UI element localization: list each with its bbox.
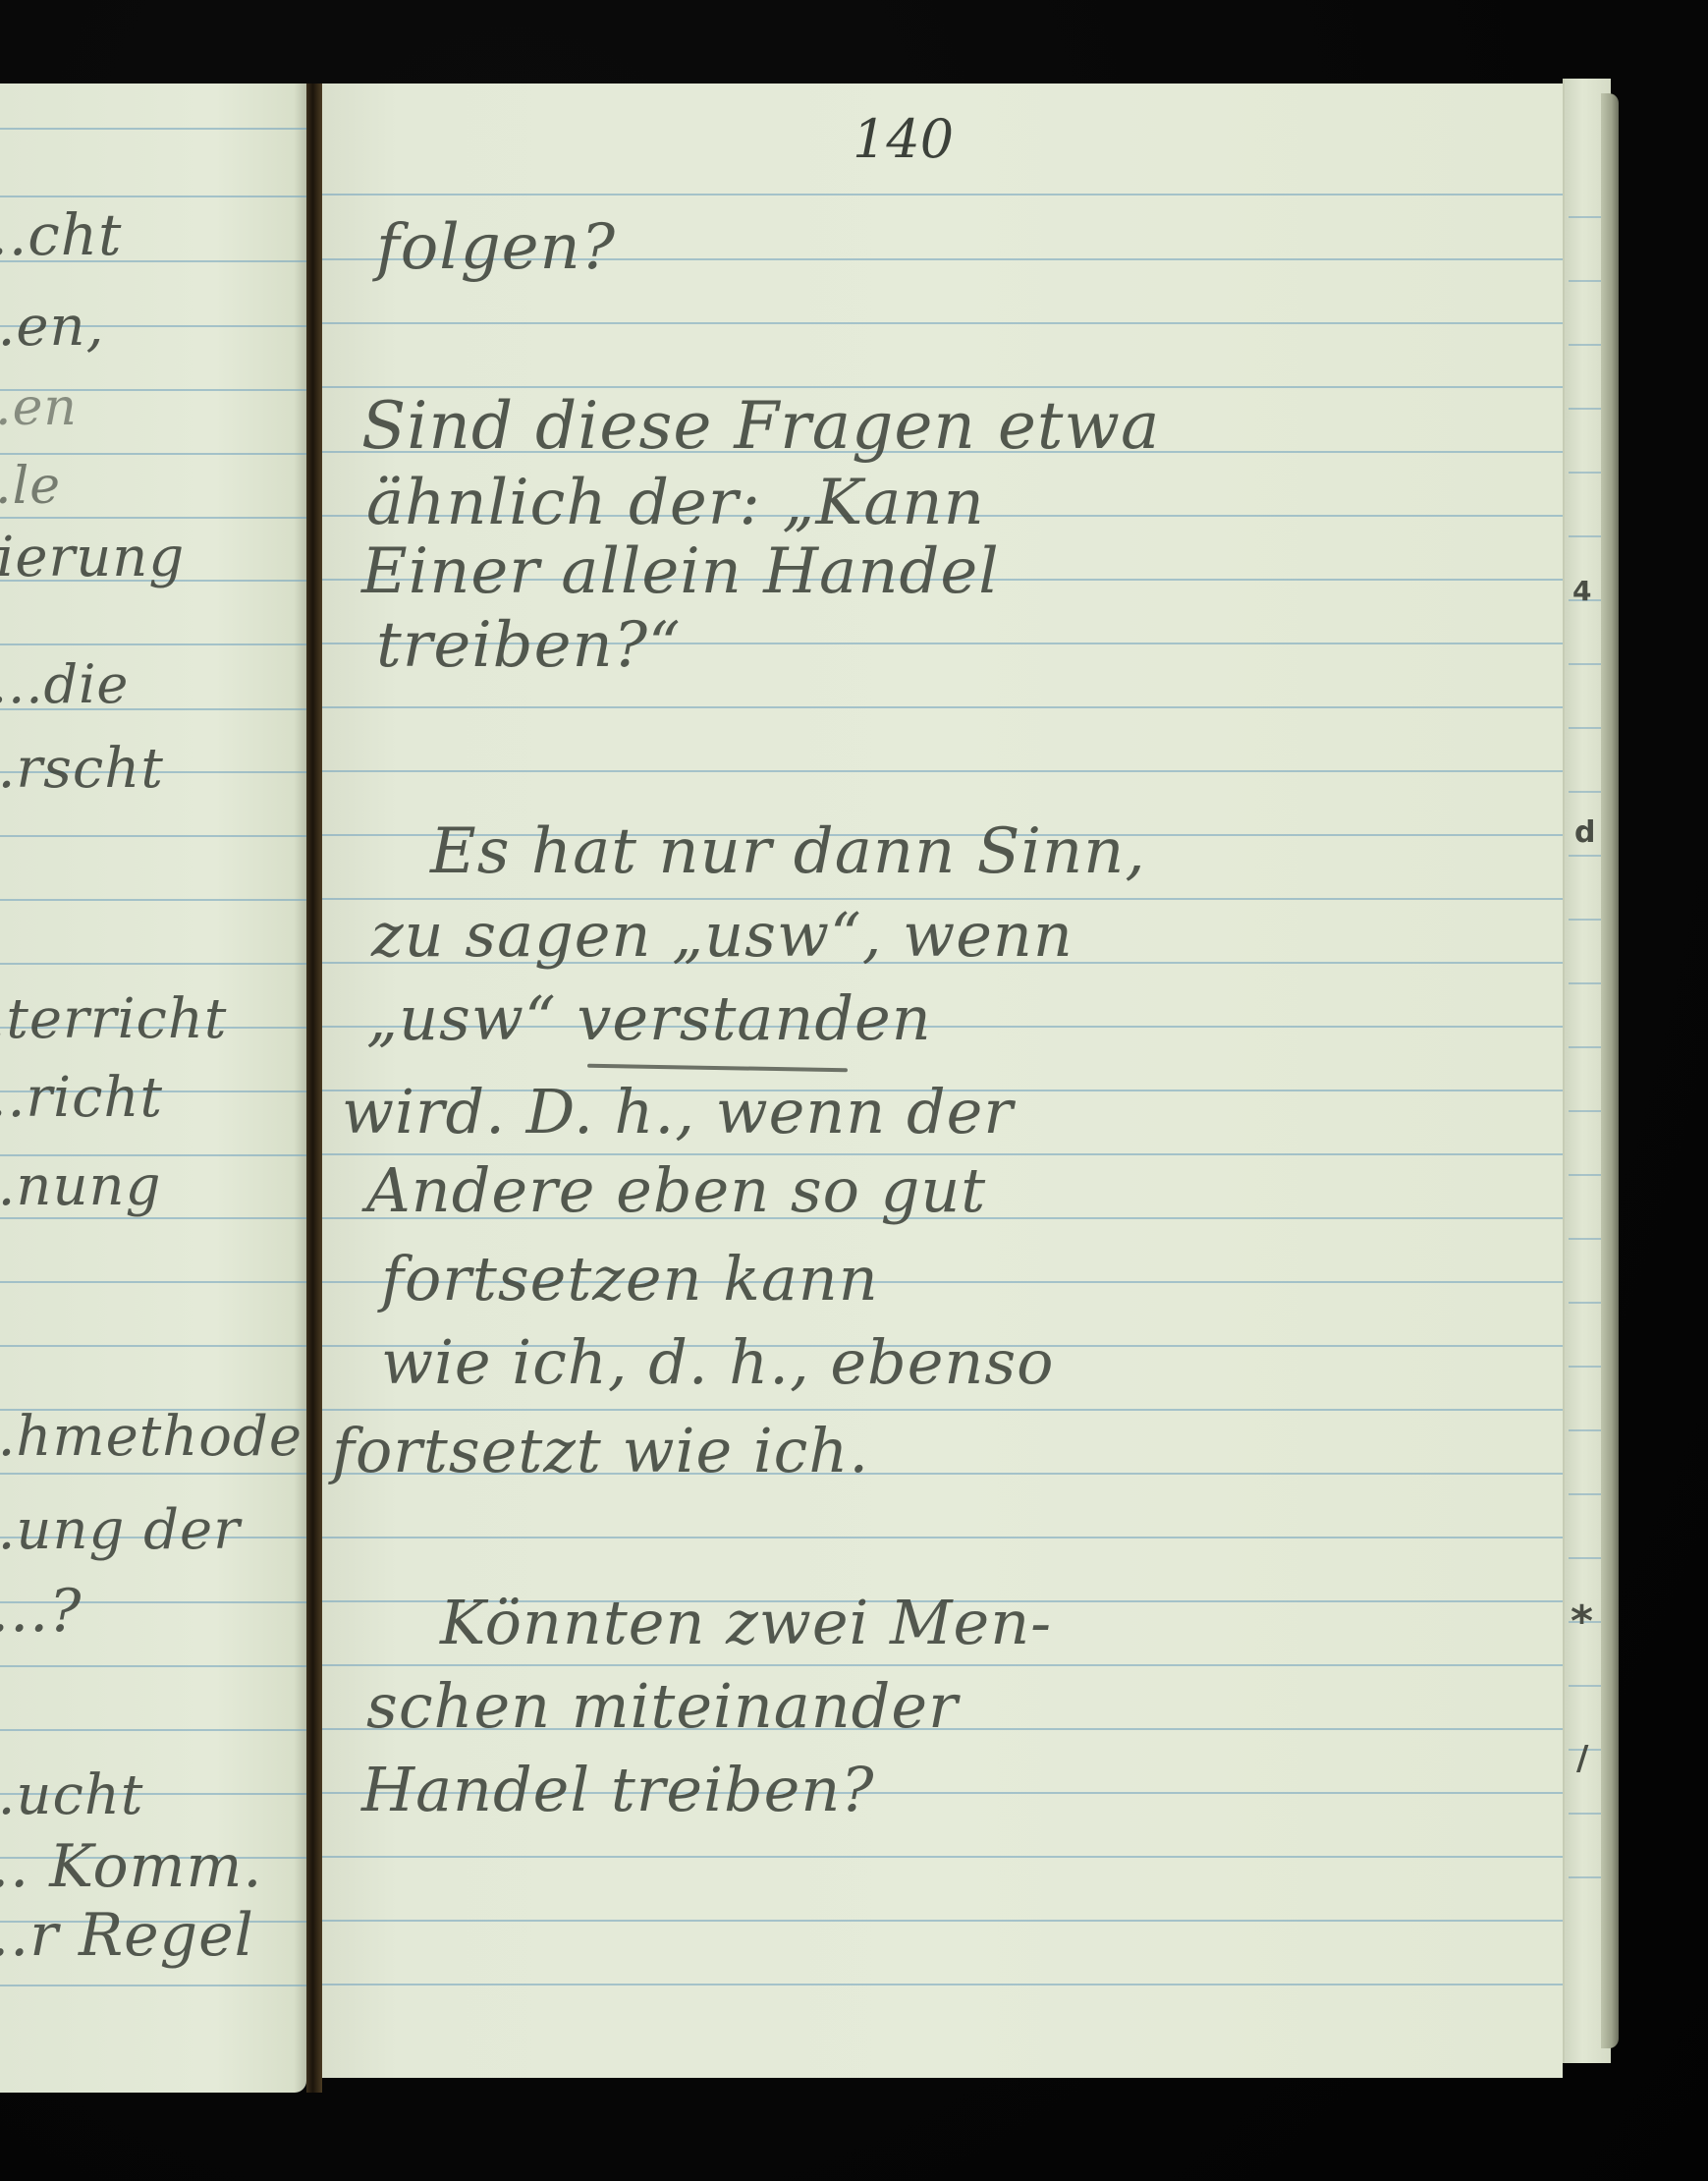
handwriting-line: wie ich, d. h., ebenso <box>381 1326 1055 1398</box>
handwriting-line: Handel treiben? <box>361 1754 875 1825</box>
ruled-line <box>0 1985 306 1986</box>
handwriting-line: fortsetzen kann <box>381 1243 879 1314</box>
margin-mark: 4 <box>1572 575 1591 607</box>
handwriting-line: Könnten zwei Men- <box>440 1587 1052 1658</box>
ruled-line <box>0 899 306 901</box>
handwriting-fragment: ...nung <box>0 1154 161 1218</box>
handwriting-fragment: ...die <box>0 653 129 715</box>
ruled-line <box>0 517 306 519</box>
ruled-line <box>322 1537 1563 1538</box>
ruled-line <box>322 322 1563 324</box>
handwriting-fragment: ...ung der <box>0 1498 241 1562</box>
handwriting-line: Einer allein Handel <box>361 535 1000 608</box>
handwriting-fragment: ...en <box>0 378 78 437</box>
ruled-line <box>322 706 1563 708</box>
underline-verstanden <box>587 1064 848 1073</box>
handwriting-fragment: ...rscht <box>0 737 164 801</box>
handwriting-line: Es hat nur dann Sinn, <box>430 815 1146 888</box>
right-page: 140 folgen? Sind diese Fragen etwa ä <box>322 84 1563 2078</box>
ruled-line <box>0 1473 306 1475</box>
ruled-line <box>0 1345 306 1347</box>
ruled-line <box>322 1856 1563 1858</box>
scanned-notebook-spread: ...cht ...en, ...en ...le ...ierung ...d… <box>0 0 1708 2181</box>
handwriting-line: zu sagen „usw“, wenn <box>371 899 1074 971</box>
ruled-line <box>0 128 306 130</box>
handwriting-fragment: ... Komm. <box>0 1832 263 1901</box>
ruled-line <box>322 1920 1563 1922</box>
ruled-line <box>0 963 306 965</box>
handwriting-line: ähnlich der: „Kann <box>366 467 985 539</box>
ruled-line <box>0 1665 306 1667</box>
ruled-line <box>0 1729 306 1731</box>
handwriting-line: wird. D. h., wenn der <box>342 1076 1014 1147</box>
left-page: ...cht ...en, ...en ...le ...ierung ...d… <box>0 84 306 2093</box>
ruled-line <box>0 196 306 197</box>
handwriting-line: Sind diese Fragen etwa <box>361 388 1160 464</box>
handwriting-fragment: ...ucht <box>0 1763 143 1827</box>
handwriting-fragment: ...r Regel <box>0 1901 254 1970</box>
handwriting-fragment: ...en, <box>0 295 104 359</box>
ruled-line <box>322 1664 1563 1666</box>
handwriting-fragment: ...richt <box>0 1066 163 1130</box>
handwriting-line: schen miteinander <box>366 1670 959 1742</box>
margin-mark: / <box>1576 1739 1588 1778</box>
handwriting-fragment: ...cht <box>0 201 122 268</box>
handwriting-line: treiben?“ <box>376 609 682 682</box>
handwriting-fragment: ...? <box>0 1577 82 1646</box>
handwriting-line: fortsetzt wie ich. <box>332 1415 869 1486</box>
asterisk-mark-icon: * <box>1570 1596 1593 1647</box>
handwriting-line: folgen? <box>376 211 616 284</box>
handwriting-fragment: ...ierung <box>0 526 185 589</box>
page-edge-shadow <box>1601 93 1619 2048</box>
ruled-line <box>322 1984 1563 1985</box>
margin-mark: d <box>1574 815 1595 850</box>
handwriting-fragment: ...hmethode <box>0 1405 303 1469</box>
handwriting-line: Andere eben so gut <box>366 1154 986 1226</box>
ruled-line <box>322 194 1563 196</box>
ruled-line <box>0 643 306 645</box>
page-number: 140 <box>853 108 954 170</box>
ruled-line <box>0 453 306 455</box>
ruled-line <box>322 770 1563 772</box>
notebook-gutter <box>306 84 322 2093</box>
handwriting-line: „usw“ verstanden <box>366 982 932 1054</box>
ruled-line <box>0 835 306 837</box>
ruled-line <box>322 1409 1563 1411</box>
handwriting-fragment: ...le <box>0 457 61 516</box>
ruled-line <box>0 1281 306 1283</box>
handwriting-fragment: ...terricht <box>0 987 227 1051</box>
